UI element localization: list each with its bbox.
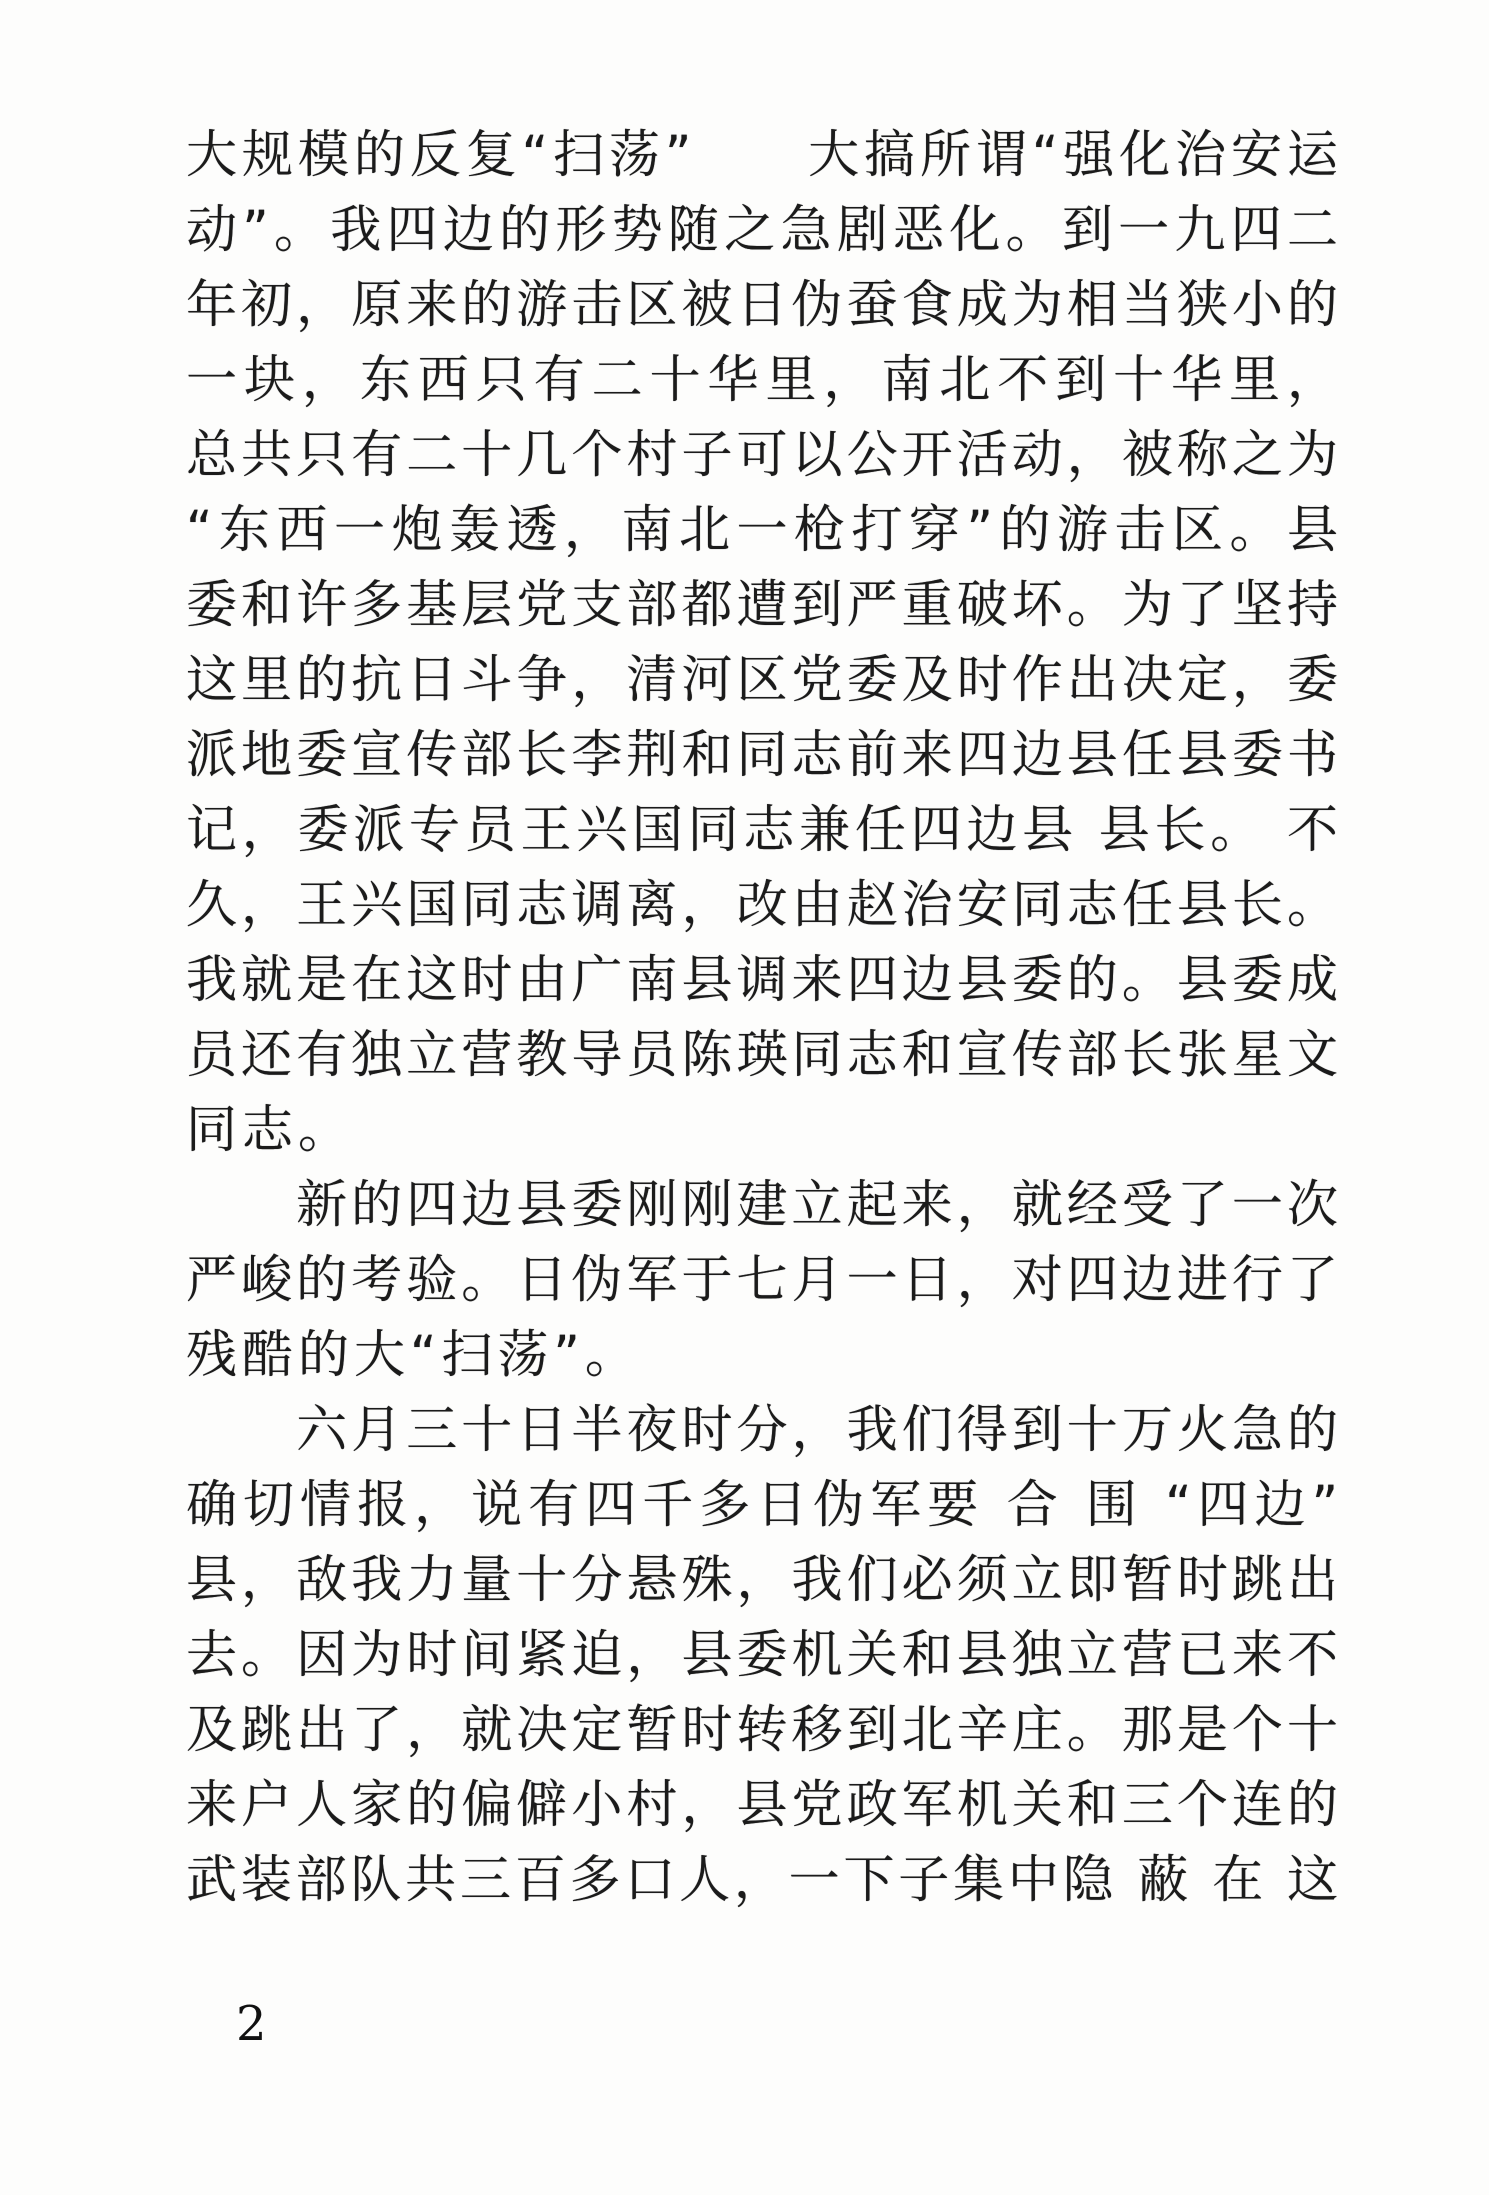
text-line: 来户人家的偏僻小村，县党政军机关和三个连的 [186, 1768, 1338, 1843]
text-line: 这里的抗日斗争，清河区党委及时作出决定，委 [186, 643, 1338, 718]
text-line: 年初，原来的游击区被日伪蚕食成为相当狭小的 [186, 268, 1338, 343]
text-line: 一块，东西只有二十华里，南北不到十华里， [186, 343, 1338, 418]
text-line: 委和许多基层党支部都遭到严重破坏。为了坚持 [186, 568, 1338, 643]
text-line: 动”。我四边的形势随之急剧恶化。到一九四二 [186, 193, 1338, 268]
text-line: 武装部队共三百多口人，一下子集中隐 蔽 在 这 [186, 1843, 1338, 1918]
text-line: 记，委派专员王兴国同志兼任四边县 县长。 不 [186, 793, 1338, 868]
text-line: 员还有独立营教导员陈瑛同志和宣传部长张星文 [186, 1018, 1338, 1093]
text-line: 我就是在这时由广南县调来四边县委的。县委成 [186, 943, 1338, 1018]
text-line: 及跳出了，就决定暂时转移到北辛庄。那是个十 [186, 1693, 1338, 1768]
text-line-paragraph-end: 同志。 [186, 1093, 1338, 1168]
text-line: 大规模的反复“扫荡” 大搞所谓“强化治安运 [186, 118, 1338, 193]
text-line: 严峻的考验。日伪军于七月一日，对四边进行了 [186, 1243, 1338, 1318]
body-text-block: 大规模的反复“扫荡” 大搞所谓“强化治安运 动”。我四边的形势随之急剧恶化。到一… [186, 118, 1338, 1918]
page-number: 2 [236, 1998, 267, 2050]
text-line: 总共只有二十几个村子可以公开活动，被称之为 [186, 418, 1338, 493]
text-line: 县，敌我力量十分悬殊，我们必须立即暂时跳出 [186, 1543, 1338, 1618]
text-line: 确切情报，说有四千多日伪军要 合 围 “四边” [186, 1468, 1338, 1543]
text-line-paragraph-end: 残酷的大“扫荡”。 [186, 1318, 1338, 1393]
text-line-paragraph-start: 六月三十日半夜时分，我们得到十万火急的 [186, 1393, 1338, 1468]
text-line: 去。因为时间紧迫，县委机关和县独立营已来不 [186, 1618, 1338, 1693]
text-line: 久，王兴国同志调离，改由赵治安同志任县长。 [186, 868, 1338, 943]
text-line: 派地委宣传部长李荆和同志前来四边县任县委书 [186, 718, 1338, 793]
scanned-book-page: 大规模的反复“扫荡” 大搞所谓“强化治安运 动”。我四边的形势随之急剧恶化。到一… [0, 0, 1489, 2195]
text-line-paragraph-start: 新的四边县委刚刚建立起来，就经受了一次 [186, 1168, 1338, 1243]
text-line: “东西一炮轰透，南北一枪打穿”的游击区。县 [186, 493, 1338, 568]
